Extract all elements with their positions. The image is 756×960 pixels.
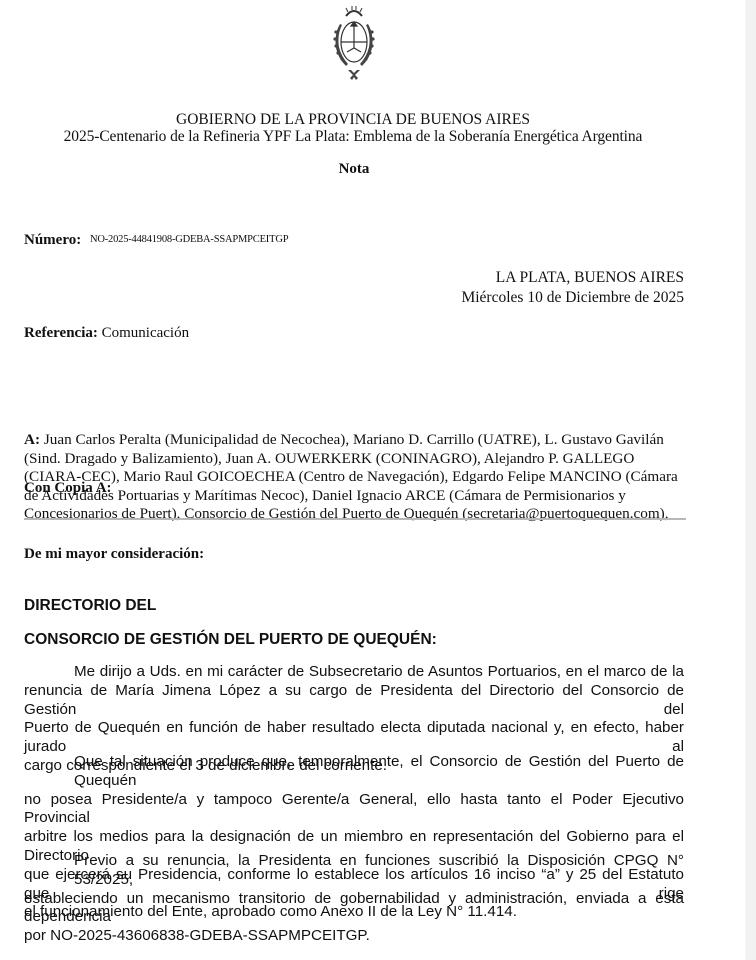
addressee-heading: CONSORCIO DE GESTIÓN DEL PUERTO DE QUEQU… bbox=[24, 631, 437, 649]
coat-of-arms-icon bbox=[326, 4, 382, 84]
government-motto: 2025-Centenario de la Refineria YPF La P… bbox=[0, 128, 706, 146]
numero-value: NO-2025-44841908-GDEBA-SSAPMPCEITGP bbox=[90, 234, 288, 245]
recipients-line: de Actividades Portuarias y Marítimas Ne… bbox=[24, 487, 684, 506]
document-type: Nota bbox=[0, 161, 708, 178]
government-title: GOBIERNO DE LA PROVINCIA DE BUENOS AIRES bbox=[0, 111, 706, 129]
recipients: A: Juan Carlos Peralta (Municipalidad de… bbox=[24, 431, 684, 524]
body-paragraph: Previo a su renuncia, la Presidenta en f… bbox=[24, 852, 684, 946]
cc-label: Con Copia A: bbox=[24, 480, 112, 497]
recipients-line: Concesionarios de Puert), Consorcio de G… bbox=[24, 505, 684, 524]
place: LA PLATA, BUENOS AIRES bbox=[0, 269, 684, 287]
page-edge bbox=[745, 0, 756, 960]
recipients-line: A: Juan Carlos Peralta (Municipalidad de… bbox=[24, 431, 684, 450]
referencia-label: Referencia: bbox=[24, 325, 98, 341]
recipients-label: A: bbox=[24, 431, 40, 448]
addressee-heading: DIRECTORIO DEL bbox=[24, 597, 156, 615]
numero-label: Número: bbox=[24, 232, 81, 249]
referencia: Referencia: Comunicación bbox=[24, 325, 189, 342]
recipients-line: (Sind. Dragado y Balizamiento), Juan A. … bbox=[24, 450, 684, 469]
salutation: De mi mayor consideración: bbox=[24, 546, 204, 563]
recipients-line: (CIARA-CEC), Mario Raul GOICOECHEA (Cent… bbox=[24, 468, 684, 487]
referencia-value: Comunicación bbox=[102, 325, 189, 341]
date: Miércoles 10 de Diciembre de 2025 bbox=[0, 289, 684, 307]
divider bbox=[24, 518, 686, 520]
